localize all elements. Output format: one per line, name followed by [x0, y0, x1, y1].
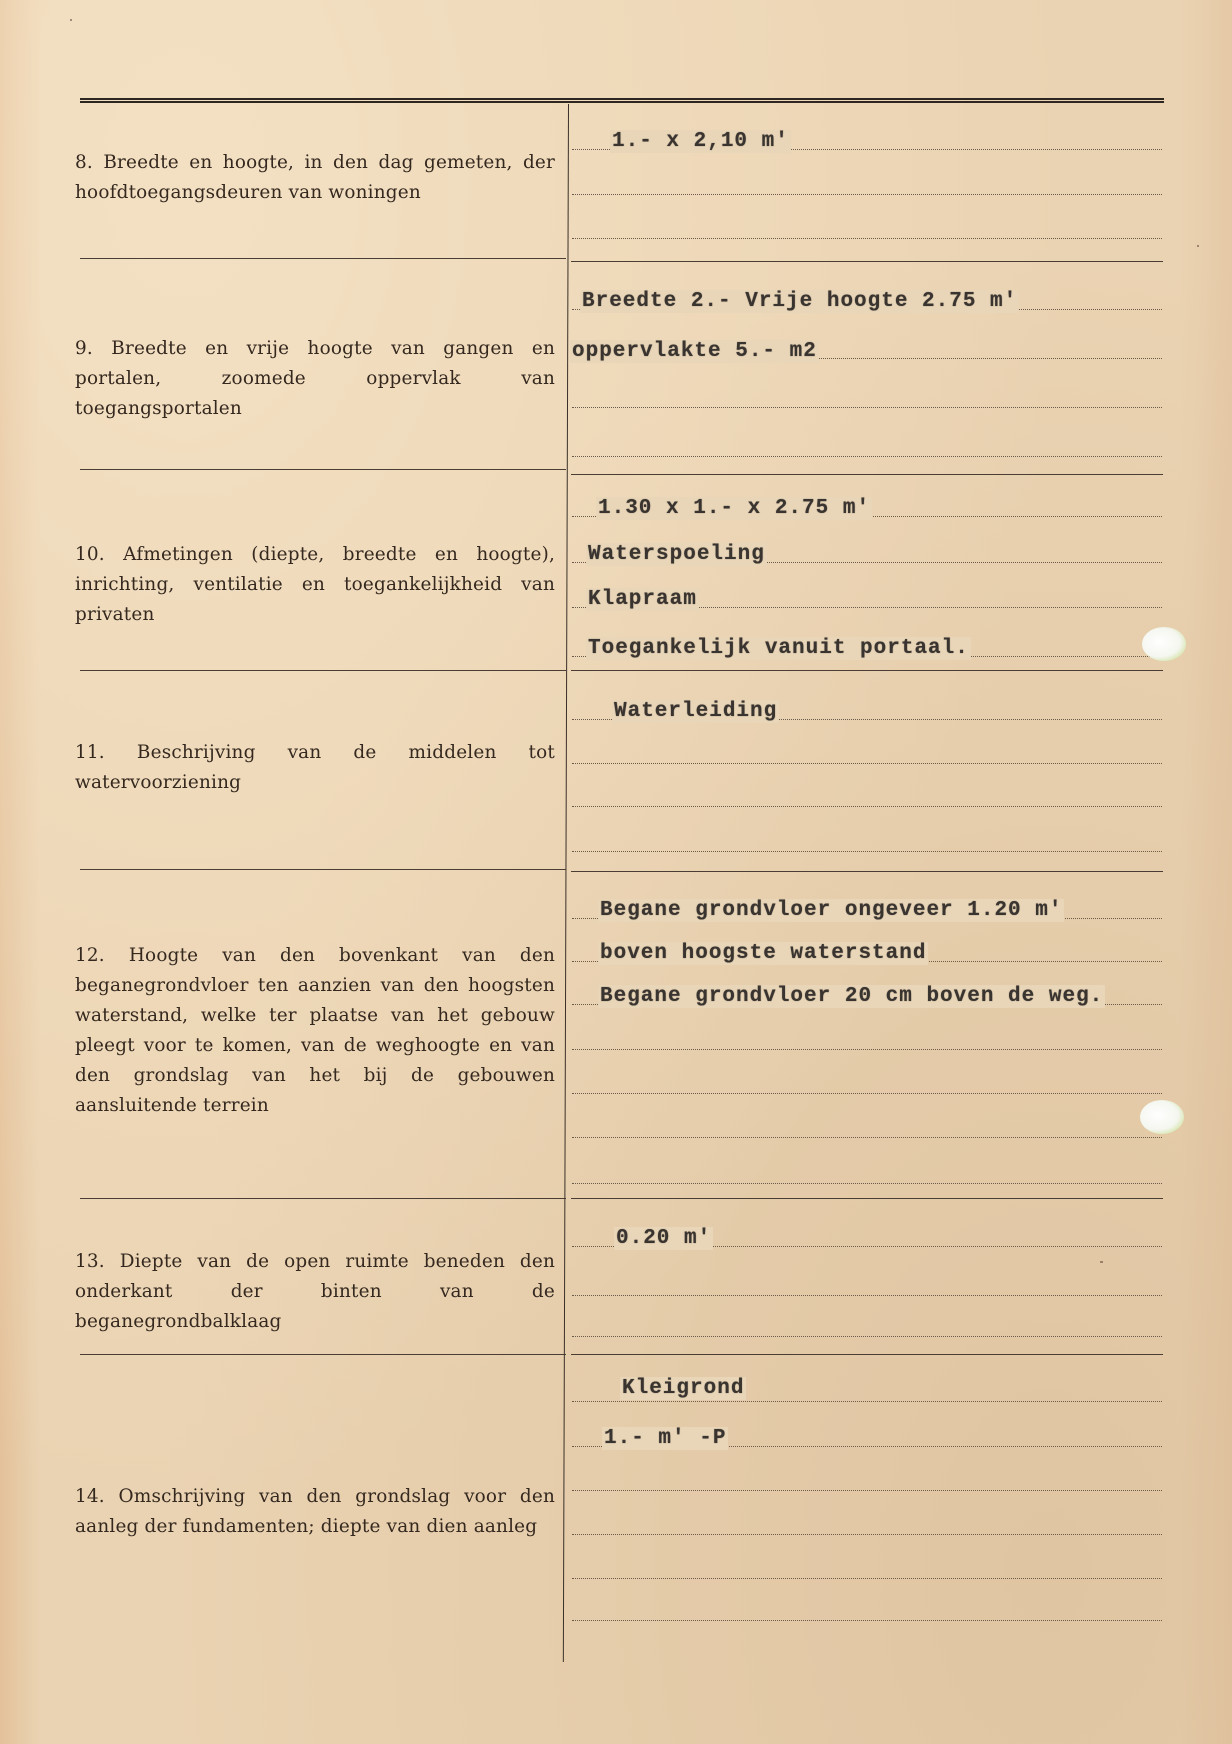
answer-line — [572, 1620, 1162, 1621]
answer-10-line-3: Klapraam — [586, 588, 699, 611]
answer-line — [572, 763, 1162, 764]
answer-line — [572, 238, 1162, 239]
answer-line — [572, 1093, 1162, 1094]
form-page: 8. Breedte en hoogte, in den dag gemeten… — [0, 0, 1232, 1744]
question-9: 9. Breedte en vrije hoogte van gangen en… — [75, 334, 555, 424]
answer-12-line-3: Begane grondvloer 20 cm boven de weg. — [598, 985, 1105, 1008]
separator-9-10-right — [571, 474, 1163, 475]
answer-line — [572, 1295, 1162, 1296]
question-10: 10. Afmetingen (diepte, breedte en hoogt… — [75, 540, 555, 630]
top-double-rule — [80, 98, 1164, 103]
answer-line — [572, 1336, 1162, 1337]
answer-line — [572, 1049, 1162, 1050]
separator-11-12-left — [80, 869, 566, 870]
answer-line — [572, 1578, 1162, 1579]
question-14: 14. Omschrijving van den grondslag voor … — [75, 1482, 555, 1542]
column-divider — [563, 104, 569, 1662]
separator-8-9-right — [571, 261, 1163, 262]
answer-10-line-1: 1.30 x 1.- x 2.75 m' — [596, 497, 872, 520]
answer-line — [572, 1137, 1162, 1138]
punch-hole — [1140, 1100, 1184, 1134]
answer-line — [572, 1183, 1162, 1184]
answer-12-line-2: boven hoogste waterstand — [598, 942, 928, 965]
answer-13-line-1: 0.20 m' — [614, 1227, 713, 1250]
answer-10-line-4: Toegankelijk vanuit portaal. — [586, 637, 971, 660]
answer-line — [572, 456, 1162, 457]
answer-8-line-1: 1.- x 2,10 m' — [610, 130, 791, 153]
punch-hole — [1142, 627, 1186, 661]
question-12: 12. Hoogte van den bovenkant van den beg… — [75, 941, 555, 1121]
answer-9-line-1: Breedte 2.- Vrije hoogte 2.75 m' — [580, 290, 1019, 313]
question-11: 11. Beschrijving van de middelen tot wat… — [75, 738, 555, 798]
question-8: 8. Breedte en hoogte, in den dag gemeten… — [75, 148, 555, 208]
answer-9-line-2: oppervlakte 5.- m2 — [570, 340, 819, 363]
answer-line — [572, 194, 1162, 195]
answer-line — [572, 1534, 1162, 1535]
separator-12-13-right — [571, 1198, 1163, 1199]
separator-8-9-left — [80, 258, 566, 259]
separator-13-14-right — [571, 1354, 1163, 1355]
answer-14-line-1: Kleigrond — [620, 1377, 746, 1400]
paper-speck — [1197, 245, 1199, 247]
answer-11-line-1: Waterleiding — [612, 700, 779, 723]
question-13: 13. Diepte van de open ruimte beneden de… — [75, 1247, 555, 1337]
separator-10-11-right — [571, 670, 1163, 671]
answer-line — [572, 407, 1162, 408]
answer-line — [572, 851, 1162, 852]
answer-10-line-2: Waterspoeling — [586, 543, 767, 566]
separator-12-13-left — [80, 1198, 566, 1199]
separator-9-10-left — [80, 469, 566, 470]
paper-speck — [1100, 1261, 1103, 1263]
answer-12-line-1: Begane grondvloer ongeveer 1.20 m' — [598, 899, 1064, 922]
paper-speck — [70, 19, 72, 21]
answer-line — [572, 1490, 1162, 1491]
separator-11-12-right — [571, 871, 1163, 872]
separator-10-11-left — [80, 670, 566, 671]
separator-13-14-left — [80, 1354, 566, 1355]
answer-line — [572, 1401, 1162, 1402]
answer-line — [572, 806, 1162, 807]
answer-14-line-2: 1.- m' -P — [602, 1427, 728, 1450]
